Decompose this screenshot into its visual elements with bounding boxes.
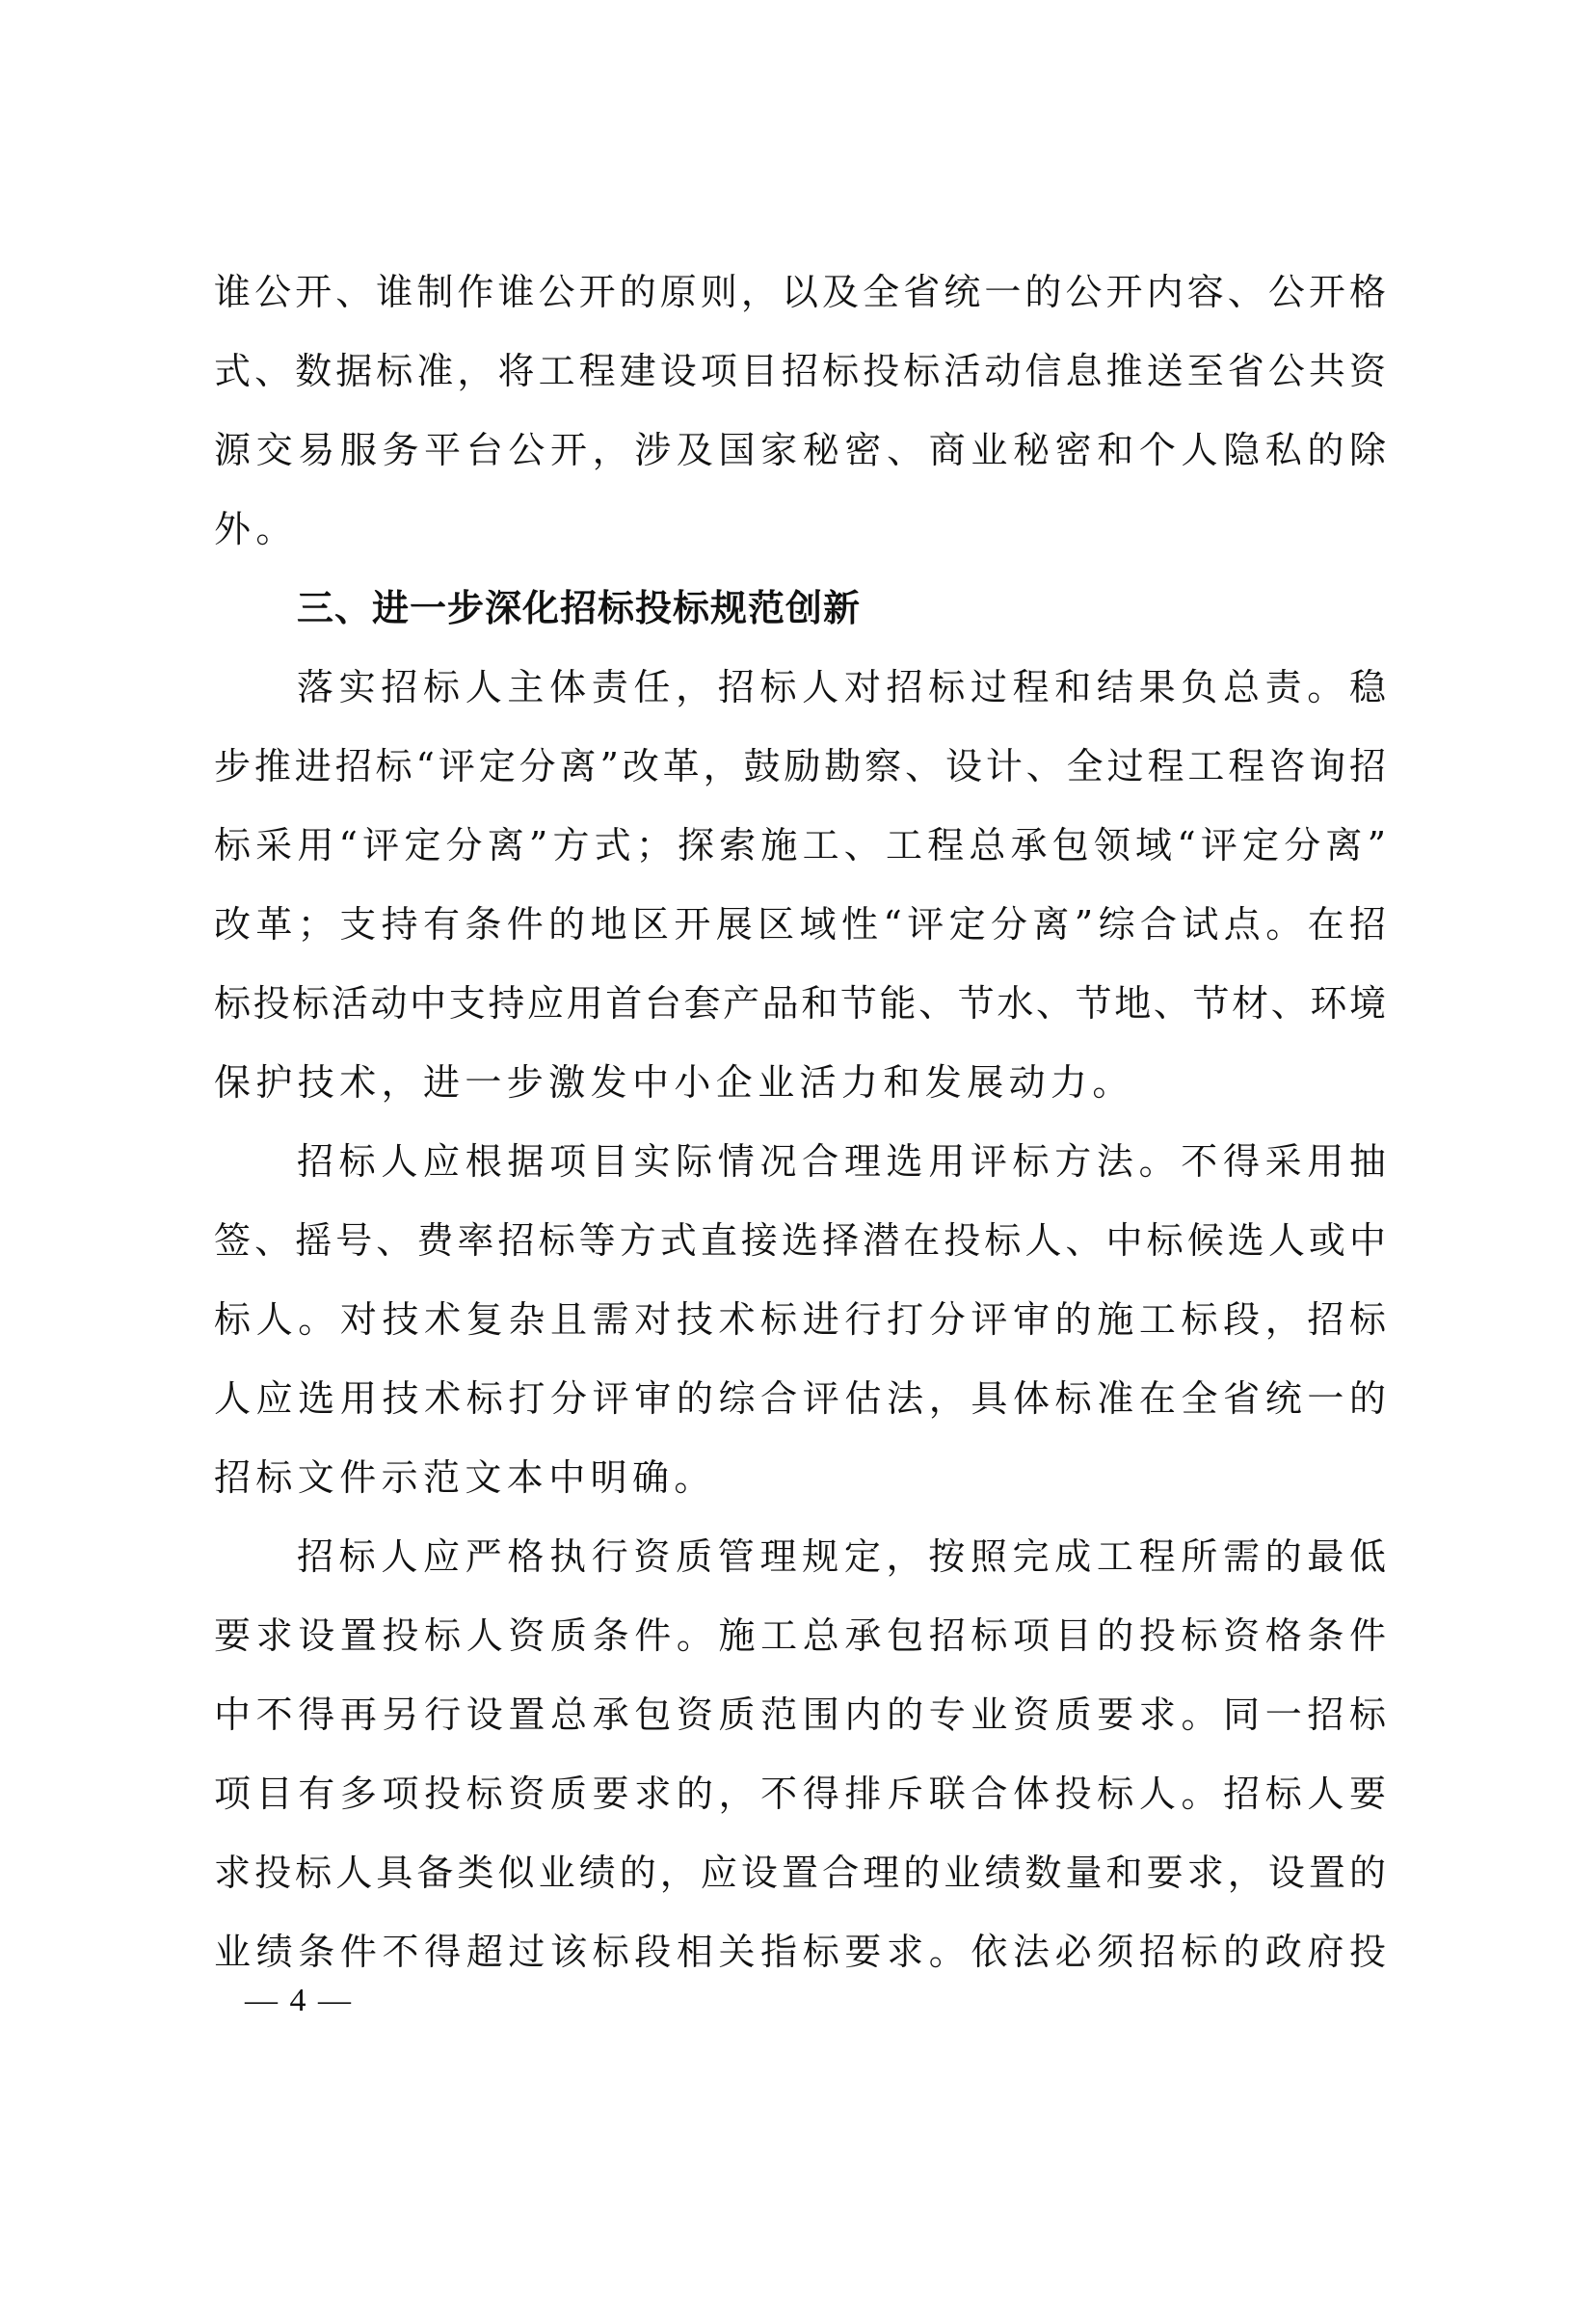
paragraph-4-line-2: 要求设置投标人资质条件。施工总承包招标项目的投标资格条件 [214,1596,1386,1675]
paragraph-2-line-6: 保护技术，进一步激发中小企业活力和发展动力。 [214,1043,1386,1122]
paragraph-4-line-1: 招标人应严格执行资质管理规定，按照完成工程所需的最低 [214,1517,1386,1596]
paragraph-4-line-6: 业绩条件不得超过该标段相关指标要求。依法必须招标的政府投 [214,1912,1386,1991]
page-number: — 4 — [245,1982,353,2020]
paragraph-1-line-3: 源交易服务平台公开，涉及国家秘密、商业秘密和个人隐私的除 [214,411,1386,490]
paragraph-4-line-5: 求投标人具备类似业绩的，应设置合理的业绩数量和要求，设置的 [214,1833,1386,1912]
paragraph-1-line-2: 式、数据标准，将工程建设项目招标投标活动信息推送至省公共资 [214,332,1386,411]
paragraph-3-line-5: 招标文件示范文本中明确。 [214,1438,1386,1517]
paragraph-3-line-1: 招标人应根据项目实际情况合理选用评标方法。不得采用抽 [214,1122,1386,1201]
paragraph-4-line-4: 项目有多项投标资质要求的，不得排斥联合体投标人。招标人要 [214,1754,1386,1833]
paragraph-2-line-2: 步推进招标“评定分离”改革，鼓励勘察、设计、全过程工程咨询招 [214,727,1386,806]
paragraph-3-line-4: 人应选用技术标打分评审的综合评估法，具体标准在全省统一的 [214,1359,1386,1438]
paragraph-4-line-3: 中不得再另行设置总承包资质范围内的专业资质要求。同一招标 [214,1675,1386,1754]
paragraph-2-line-3: 标采用“评定分离”方式；探索施工、工程总承包领域“评定分离” [214,806,1386,885]
paragraph-1-line-1: 谁公开、谁制作谁公开的原则，以及全省统一的公开内容、公开格 [214,253,1386,332]
document-page: 谁公开、谁制作谁公开的原则，以及全省统一的公开内容、公开格 式、数据标准，将工程… [0,0,1596,2320]
body-text: 谁公开、谁制作谁公开的原则，以及全省统一的公开内容、公开格 式、数据标准，将工程… [214,253,1386,1991]
paragraph-1-line-4: 外。 [214,490,1386,569]
paragraph-2-line-4: 改革；支持有条件的地区开展区域性“评定分离”综合试点。在招 [214,885,1386,964]
paragraph-3-line-3: 标人。对技术复杂且需对技术标进行打分评审的施工标段，招标 [214,1280,1386,1359]
section-heading: 三、进一步深化招标投标规范创新 [214,569,1386,648]
paragraph-3-line-2: 签、摇号、费率招标等方式直接选择潜在投标人、中标候选人或中 [214,1201,1386,1280]
paragraph-2-line-5: 标投标活动中支持应用首台套产品和节能、节水、节地、节材、环境 [214,964,1386,1043]
paragraph-2-line-1: 落实招标人主体责任，招标人对招标过程和结果负总责。稳 [214,648,1386,727]
